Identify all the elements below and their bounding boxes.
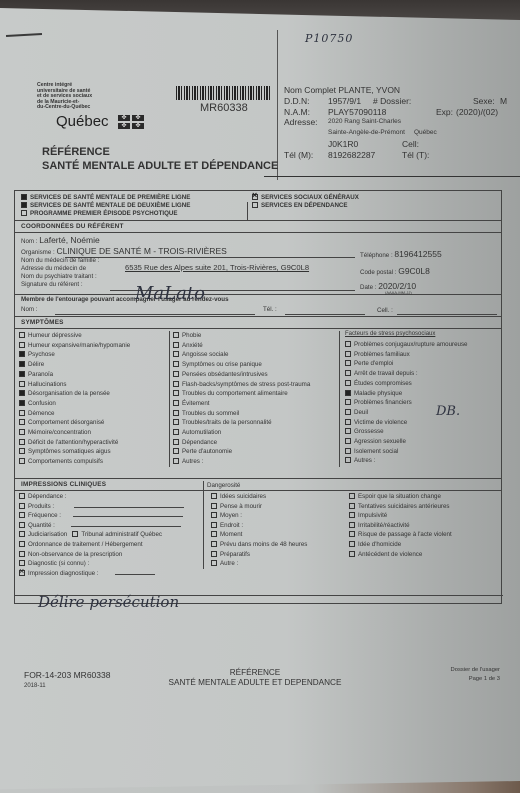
risk-factors-col: Espoir que la situation change Tentative… — [349, 492, 452, 559]
impression-item[interactable]: Produits : — [19, 502, 184, 512]
danger-item[interactable]: Autre : — [211, 559, 307, 569]
patient-name: PLANTE, YVON — [338, 85, 400, 95]
checkbox-empty-icon[interactable] — [345, 360, 351, 366]
patient-nam: PLAY57090118 — [328, 107, 386, 118]
stress-item[interactable]: Problèmes familiaux — [345, 350, 468, 360]
service-option[interactable]: SERVICES EN DÉPENDANCE — [252, 202, 359, 210]
risk-item[interactable]: Espoir que la situation change — [349, 492, 452, 502]
handwritten-note-db: DB. — [436, 404, 460, 419]
risk-item[interactable]: Impulsivité — [349, 511, 452, 521]
clinical-impressions-section: Dépendance : Produits : Fréquence : Quan… — [15, 491, 501, 603]
checkbox-filled-icon[interactable] — [19, 361, 25, 367]
checkbox-empty-icon[interactable] — [173, 448, 179, 454]
referent-signature: MaLato — [135, 283, 205, 304]
footer-form-code: FOR-14-203 MR60338 2018-11 — [24, 670, 110, 689]
impression-item[interactable]: Impression diagnostique : — [19, 569, 184, 579]
section-title-referent: COORDONNÉES DU RÉFÉRENT — [15, 221, 501, 233]
checkbox-empty-icon[interactable] — [345, 448, 351, 454]
symptom-item[interactable]: Troubles du comportement alimentaire — [173, 389, 310, 399]
symptom-item[interactable]: Perte d'autonomie — [173, 447, 310, 457]
checkbox-empty-icon[interactable] — [345, 380, 351, 386]
checkbox-filled-icon[interactable] — [21, 202, 27, 208]
symptom-item[interactable]: Anxiété — [173, 341, 310, 351]
checkbox-empty-icon[interactable] — [211, 551, 217, 557]
referent-organization: CLINIQUE DE SANTÉ M - TROIS-RIVIÈRES — [56, 246, 226, 256]
checkbox-empty-icon[interactable] — [19, 531, 25, 537]
checkbox-filled-icon[interactable] — [19, 371, 25, 377]
checkbox-empty-icon[interactable] — [345, 370, 351, 376]
form-title: RÉFÉRENCE SANTÉ MENTALE ADULTE ET DÉPEND… — [42, 145, 278, 173]
stress-item[interactable]: Études compromises — [345, 379, 468, 389]
patient-dob: 1957/9/1 — [328, 96, 361, 107]
danger-item[interactable]: Pense à mourir — [211, 502, 307, 512]
entourage-section: Membre de l'entourage pouvant accompagne… — [15, 295, 501, 317]
symptom-item[interactable]: Phobie — [173, 331, 310, 341]
checkbox-empty-icon[interactable] — [19, 332, 25, 338]
checkbox-filled-icon[interactable] — [19, 400, 25, 406]
referent-section: Nom : Laferté, Noémie Organisme : CLINIQ… — [15, 233, 501, 295]
checkbox-empty-icon[interactable] — [211, 531, 217, 537]
checkbox-empty-icon[interactable] — [173, 371, 179, 377]
impression-item[interactable]: Diagnostic (si connu) : — [19, 559, 184, 569]
checkbox-empty-icon[interactable] — [173, 400, 179, 406]
checkbox-empty-icon[interactable] — [252, 202, 258, 208]
symptom-item[interactable]: Dépendance — [173, 438, 310, 448]
checkbox-empty-icon[interactable] — [211, 560, 217, 566]
checkbox-empty-icon[interactable] — [349, 493, 355, 499]
checkbox-empty-icon[interactable] — [21, 210, 27, 216]
symptom-item[interactable]: Symptômes ou crise panique — [173, 360, 310, 370]
symptom-item[interactable]: Symptômes somatiques aigus — [19, 447, 130, 457]
patient-postal-code: J0K1R0 — [328, 139, 358, 150]
patient-province: Québec — [414, 128, 437, 139]
risk-item[interactable]: Tentatives suicidaires antérieures — [349, 502, 452, 512]
footer-title: RÉFÉRENCE SANTÉ MENTALE ADULTE ET DEPEND… — [160, 668, 350, 688]
impression-item[interactable]: Fréquence : — [19, 511, 184, 521]
footer-page-info: Dossier de l'usager Page 1 de 3 — [420, 666, 500, 684]
symptom-item[interactable]: Délire — [19, 360, 130, 370]
risk-item[interactable]: Risque de passage à l'acte violent — [349, 530, 452, 540]
symptom-item[interactable]: Désorganisation de la pensée — [19, 389, 130, 399]
header-bottom-rule — [264, 176, 520, 177]
dangerousness-col: Idées suicidaires Pense à mourir Moyen :… — [211, 492, 307, 569]
risk-item[interactable]: Irritabilité/réactivité — [349, 521, 452, 531]
doctor-address: 6535 Rue des Alpes suite 201, Trois-Rivi… — [125, 263, 309, 272]
pen-mark — [6, 33, 42, 37]
checkbox-empty-icon[interactable] — [173, 410, 179, 416]
danger-item[interactable]: Prévu dans moins de 48 heures — [211, 540, 307, 550]
symptoms-section: Humeur dépressive Humeur expansive/manie… — [15, 329, 501, 479]
patient-address-line1: 2020 Rang Saint-Charles — [328, 117, 401, 128]
stress-item[interactable]: Victime de violence — [345, 418, 468, 428]
symptom-item[interactable]: Hallucinations — [19, 380, 130, 390]
barcode — [176, 86, 271, 100]
quebec-logo-text: Québec — [56, 113, 109, 130]
checkbox-empty-icon[interactable] — [211, 541, 217, 547]
risk-item[interactable]: Antécédent de violence — [349, 550, 452, 560]
form-body: SERVICES DE SANTÉ MENTALE DE PREMIÈRE LI… — [14, 190, 502, 604]
impression-item[interactable]: Non-observance de la prescription — [19, 550, 184, 560]
checkbox-empty-icon[interactable] — [173, 429, 179, 435]
service-option[interactable]: SERVICES SOCIAUX GÉNÉRAUX — [252, 194, 359, 202]
handwritten-diagnosis: Délire persécution — [38, 593, 179, 611]
checkbox-empty-icon[interactable] — [211, 512, 217, 518]
symptom-item[interactable]: Évitement — [173, 399, 310, 409]
fleur-de-lis-flag-icon: ✤✤✤✤ — [118, 115, 144, 129]
symptom-item[interactable]: Angoisse sociale — [173, 350, 310, 360]
section-title-impressions: IMPRESSIONS CLINIQUES — [15, 479, 501, 491]
checkbox-empty-icon[interactable] — [19, 493, 25, 499]
checkbox-empty-icon[interactable] — [173, 361, 179, 367]
symptom-item[interactable]: Humeur expansive/manie/hypomanie — [19, 341, 130, 351]
symptoms-col-2: Phobie Anxiété Angoisse sociale Symptôme… — [173, 331, 310, 467]
referent-phone: 8196412555 — [394, 249, 441, 259]
checkbox-empty-icon[interactable] — [349, 522, 355, 528]
symptom-item[interactable]: Troubles/traits de la personnalité — [173, 418, 310, 428]
patient-info-label: Nom Complet PLANTE, YVON D.D.N:1957/9/1#… — [284, 85, 516, 161]
checkbox-empty-icon[interactable] — [345, 428, 351, 434]
checkbox-empty-icon[interactable] — [19, 551, 25, 557]
symptom-item[interactable]: Autres : — [173, 457, 310, 467]
handwritten-file-number: P10750 — [305, 32, 353, 45]
checkbox-empty-icon[interactable] — [19, 458, 25, 464]
stress-item[interactable]: Autres : — [345, 456, 468, 466]
checkbox-empty-icon[interactable] — [173, 458, 179, 464]
symptom-item[interactable]: Troubles du sommeil — [173, 409, 310, 419]
checkbox-empty-icon[interactable] — [345, 419, 351, 425]
danger-item[interactable]: Moment — [211, 530, 307, 540]
symptom-item[interactable]: Paranoïa — [19, 370, 130, 380]
checkbox-filled-icon[interactable] — [19, 351, 25, 357]
symptom-item[interactable]: Pensées obsédantes/intrusives — [173, 370, 310, 380]
checkbox-empty-icon[interactable] — [173, 439, 179, 445]
impressions-col-1: Dépendance : Produits : Fréquence : Quan… — [19, 492, 184, 578]
danger-item[interactable]: Endroit : — [211, 521, 307, 531]
symptom-item[interactable]: Automutilation — [173, 428, 310, 438]
impression-item[interactable]: Dépendance : — [19, 492, 184, 502]
checkbox-x-icon[interactable] — [252, 194, 258, 200]
symptom-item[interactable]: Psychose — [19, 350, 130, 360]
service-option[interactable]: SERVICES DE SANTÉ MENTALE DE DEUXIÈME LI… — [21, 202, 190, 210]
nam-expiry: (2020)/(02) — [456, 107, 498, 118]
checkbox-filled-icon[interactable] — [21, 194, 27, 200]
checkbox-empty-icon[interactable] — [345, 438, 351, 444]
stress-item[interactable]: Maladie physique — [345, 389, 468, 399]
section-title-symptoms: SYMPTÔMES — [15, 317, 501, 329]
doctor-postal-code: G9C0L8 — [398, 266, 430, 276]
checkbox-filled-icon[interactable] — [345, 390, 351, 396]
symptom-item[interactable]: Démence — [19, 409, 130, 419]
checkbox-empty-icon[interactable] — [349, 512, 355, 518]
checkbox-x-icon[interactable] — [19, 570, 25, 576]
stress-item[interactable]: Agression sexuelle — [345, 437, 468, 447]
checkbox-empty-icon[interactable] — [19, 419, 25, 425]
stress-item[interactable]: Arrêt de travail depuis : — [345, 369, 468, 379]
patient-sex: M — [500, 96, 507, 107]
symptom-item[interactable]: Comportements compulsifs — [19, 457, 130, 467]
services-section: SERVICES DE SANTÉ MENTALE DE PREMIÈRE LI… — [15, 191, 501, 221]
danger-item[interactable]: Préparatifs — [211, 550, 307, 560]
stress-item[interactable]: Perte d'emploi — [345, 359, 468, 369]
checkbox-empty-icon[interactable] — [19, 448, 25, 454]
checkbox-empty-icon[interactable] — [345, 351, 351, 357]
danger-item[interactable]: Idées suicidaires — [211, 492, 307, 502]
risk-item[interactable]: Idée d'homicide — [349, 540, 452, 550]
symptom-item[interactable]: Flash-backs/symptômes de stress post-tra… — [173, 380, 310, 390]
stress-item[interactable]: Isolement social — [345, 447, 468, 457]
impression-item[interactable]: Judiciarisation Tribunal administratif Q… — [19, 530, 184, 540]
checkbox-filled-icon[interactable] — [19, 390, 25, 396]
stress-item[interactable]: Grossesse — [345, 427, 468, 437]
symptom-item[interactable]: Mémoire/concentration — [19, 428, 130, 438]
patient-address-line2: Sainte-Angèle-de-Prémont — [328, 128, 405, 139]
checkbox-empty-icon[interactable] — [19, 541, 25, 547]
symptom-item[interactable]: Confusion — [19, 399, 130, 409]
checkbox-empty-icon[interactable] — [19, 342, 25, 348]
checkbox-empty-icon[interactable] — [173, 381, 179, 387]
checkbox-empty-icon[interactable] — [349, 503, 355, 509]
checkbox-empty-icon[interactable] — [72, 531, 78, 537]
danger-item[interactable]: Moyen : — [211, 511, 307, 521]
checkbox-empty-icon[interactable] — [349, 551, 355, 557]
checkbox-empty-icon[interactable] — [211, 522, 217, 528]
referral-form-page: P10750 Centre intégré universitaire de s… — [0, 8, 520, 788]
symptoms-col-1: Humeur dépressive Humeur expansive/manie… — [19, 331, 130, 467]
service-option[interactable]: SERVICES DE SANTÉ MENTALE DE PREMIÈRE LI… — [21, 194, 190, 202]
checkbox-empty-icon[interactable] — [19, 439, 25, 445]
impression-item[interactable]: Quantité : — [19, 521, 184, 531]
barcode-code: MR60338 — [200, 102, 248, 114]
impression-item[interactable]: Ordonnance de traitement / Hébergement — [19, 540, 184, 550]
checkbox-empty-icon[interactable] — [19, 512, 25, 518]
checkbox-empty-icon[interactable] — [173, 390, 179, 396]
checkbox-empty-icon[interactable] — [19, 429, 25, 435]
page-number: Page 1 de 3 — [420, 675, 500, 684]
checkbox-empty-icon[interactable] — [345, 409, 351, 415]
checkbox-empty-icon[interactable] — [173, 342, 179, 348]
checkbox-empty-icon[interactable] — [173, 332, 179, 338]
checkbox-empty-icon[interactable] — [19, 410, 25, 416]
patient-phone: 8192682287 — [328, 150, 375, 161]
danger-title: Dangerosité — [207, 482, 240, 489]
checkbox-empty-icon[interactable] — [349, 531, 355, 537]
checkbox-empty-icon[interactable] — [173, 419, 179, 425]
symptom-item[interactable]: Humeur dépressive — [19, 331, 130, 341]
checkbox-empty-icon[interactable] — [349, 541, 355, 547]
symptom-item[interactable]: Comportement désorganisé — [19, 418, 130, 428]
checkbox-empty-icon[interactable] — [19, 522, 25, 528]
checkbox-empty-icon[interactable] — [345, 457, 351, 463]
referent-name: Laferté, Noémie — [39, 235, 99, 245]
checkbox-empty-icon[interactable] — [173, 351, 179, 357]
checkbox-empty-icon[interactable] — [19, 381, 25, 387]
stress-item[interactable]: Problèmes conjugaux/rupture amoureuse — [345, 340, 468, 350]
organization-name: Centre intégré universitaire de santé et… — [37, 83, 117, 111]
checkbox-empty-icon[interactable] — [345, 341, 351, 347]
service-option[interactable]: PROGRAMME PREMIER ÉPISODE PSYCHOTIQUE — [21, 210, 190, 218]
checkbox-empty-icon[interactable] — [211, 503, 217, 509]
checkbox-empty-icon[interactable] — [345, 399, 351, 405]
checkbox-empty-icon[interactable] — [19, 503, 25, 509]
checkbox-empty-icon[interactable] — [211, 493, 217, 499]
stress-factors-title: Facteurs de stress psychosociaux — [345, 331, 435, 337]
symptom-item[interactable]: Déficit de l'attention/hyperactivité — [19, 438, 130, 448]
